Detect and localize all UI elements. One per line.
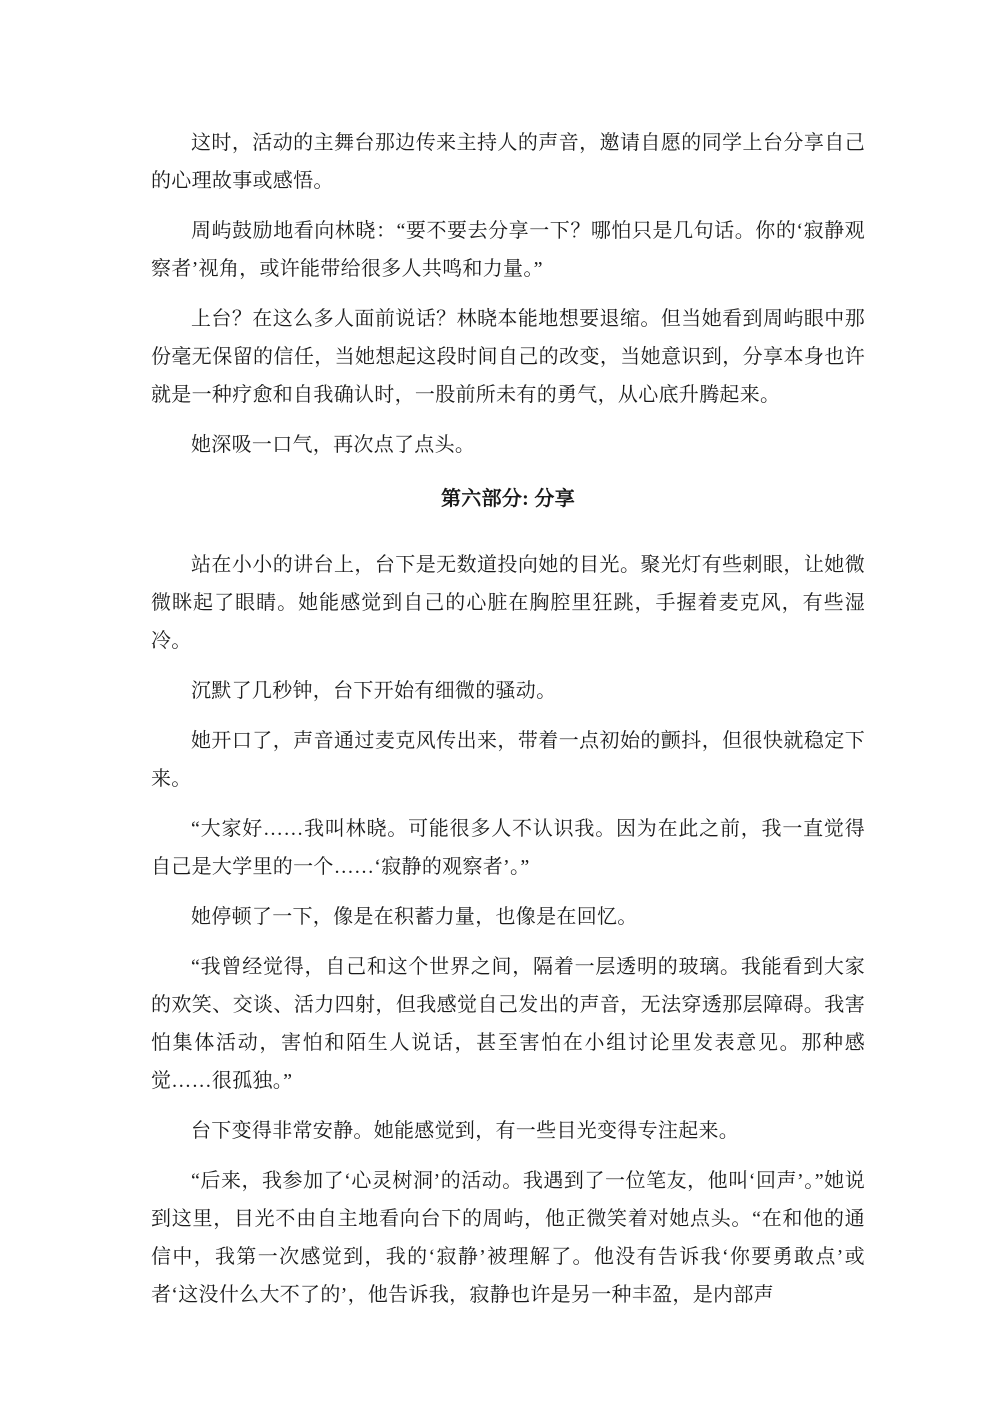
paragraph: “我曾经觉得，自己和这个世界之间，隔着一层透明的玻璃。我能看到大家的欢笑、交谈、… (151, 948, 865, 1100)
paragraph: 她停顿了一下，像是在积蓄力量，也像是在回忆。 (151, 898, 865, 936)
paragraph: 这时，活动的主舞台那边传来主持人的声音，邀请自愿的同学上台分享自己的心理故事或感… (151, 124, 865, 200)
section-heading: 第六部分: 分享 (151, 480, 865, 518)
paragraph: 站在小小的讲台上，台下是无数道投向她的目光。聚光灯有些刺眼，让她微微眯起了眼睛。… (151, 546, 865, 660)
paragraph: 台下变得非常安静。她能感觉到，有一些目光变得专注起来。 (151, 1112, 865, 1150)
paragraph: 周屿鼓励地看向林晓：“要不要去分享一下？哪怕只是几句话。你的‘寂静观察者’视角，… (151, 212, 865, 288)
document-page: 这时，活动的主舞台那边传来主持人的声音，邀请自愿的同学上台分享自己的心理故事或感… (0, 0, 999, 1415)
paragraph: “后来，我参加了‘心灵树洞’的活动。我遇到了一位笔友，他叫‘回声’。”她说到这里… (151, 1162, 865, 1314)
paragraph: 沉默了几秒钟，台下开始有细微的骚动。 (151, 672, 865, 710)
paragraph: 上台？在这么多人面前说话？林晓本能地想要退缩。但当她看到周屿眼中那份毫无保留的信… (151, 300, 865, 414)
document-body: 这时，活动的主舞台那边传来主持人的声音，邀请自愿的同学上台分享自己的心理故事或感… (151, 124, 865, 1314)
paragraph: 她深吸一口气，再次点了点头。 (151, 426, 865, 464)
paragraph: “大家好……我叫林晓。可能很多人不认识我。因为在此之前，我一直觉得自己是大学里的… (151, 810, 865, 886)
paragraph: 她开口了，声音通过麦克风传出来，带着一点初始的颤抖，但很快就稳定下来。 (151, 722, 865, 798)
